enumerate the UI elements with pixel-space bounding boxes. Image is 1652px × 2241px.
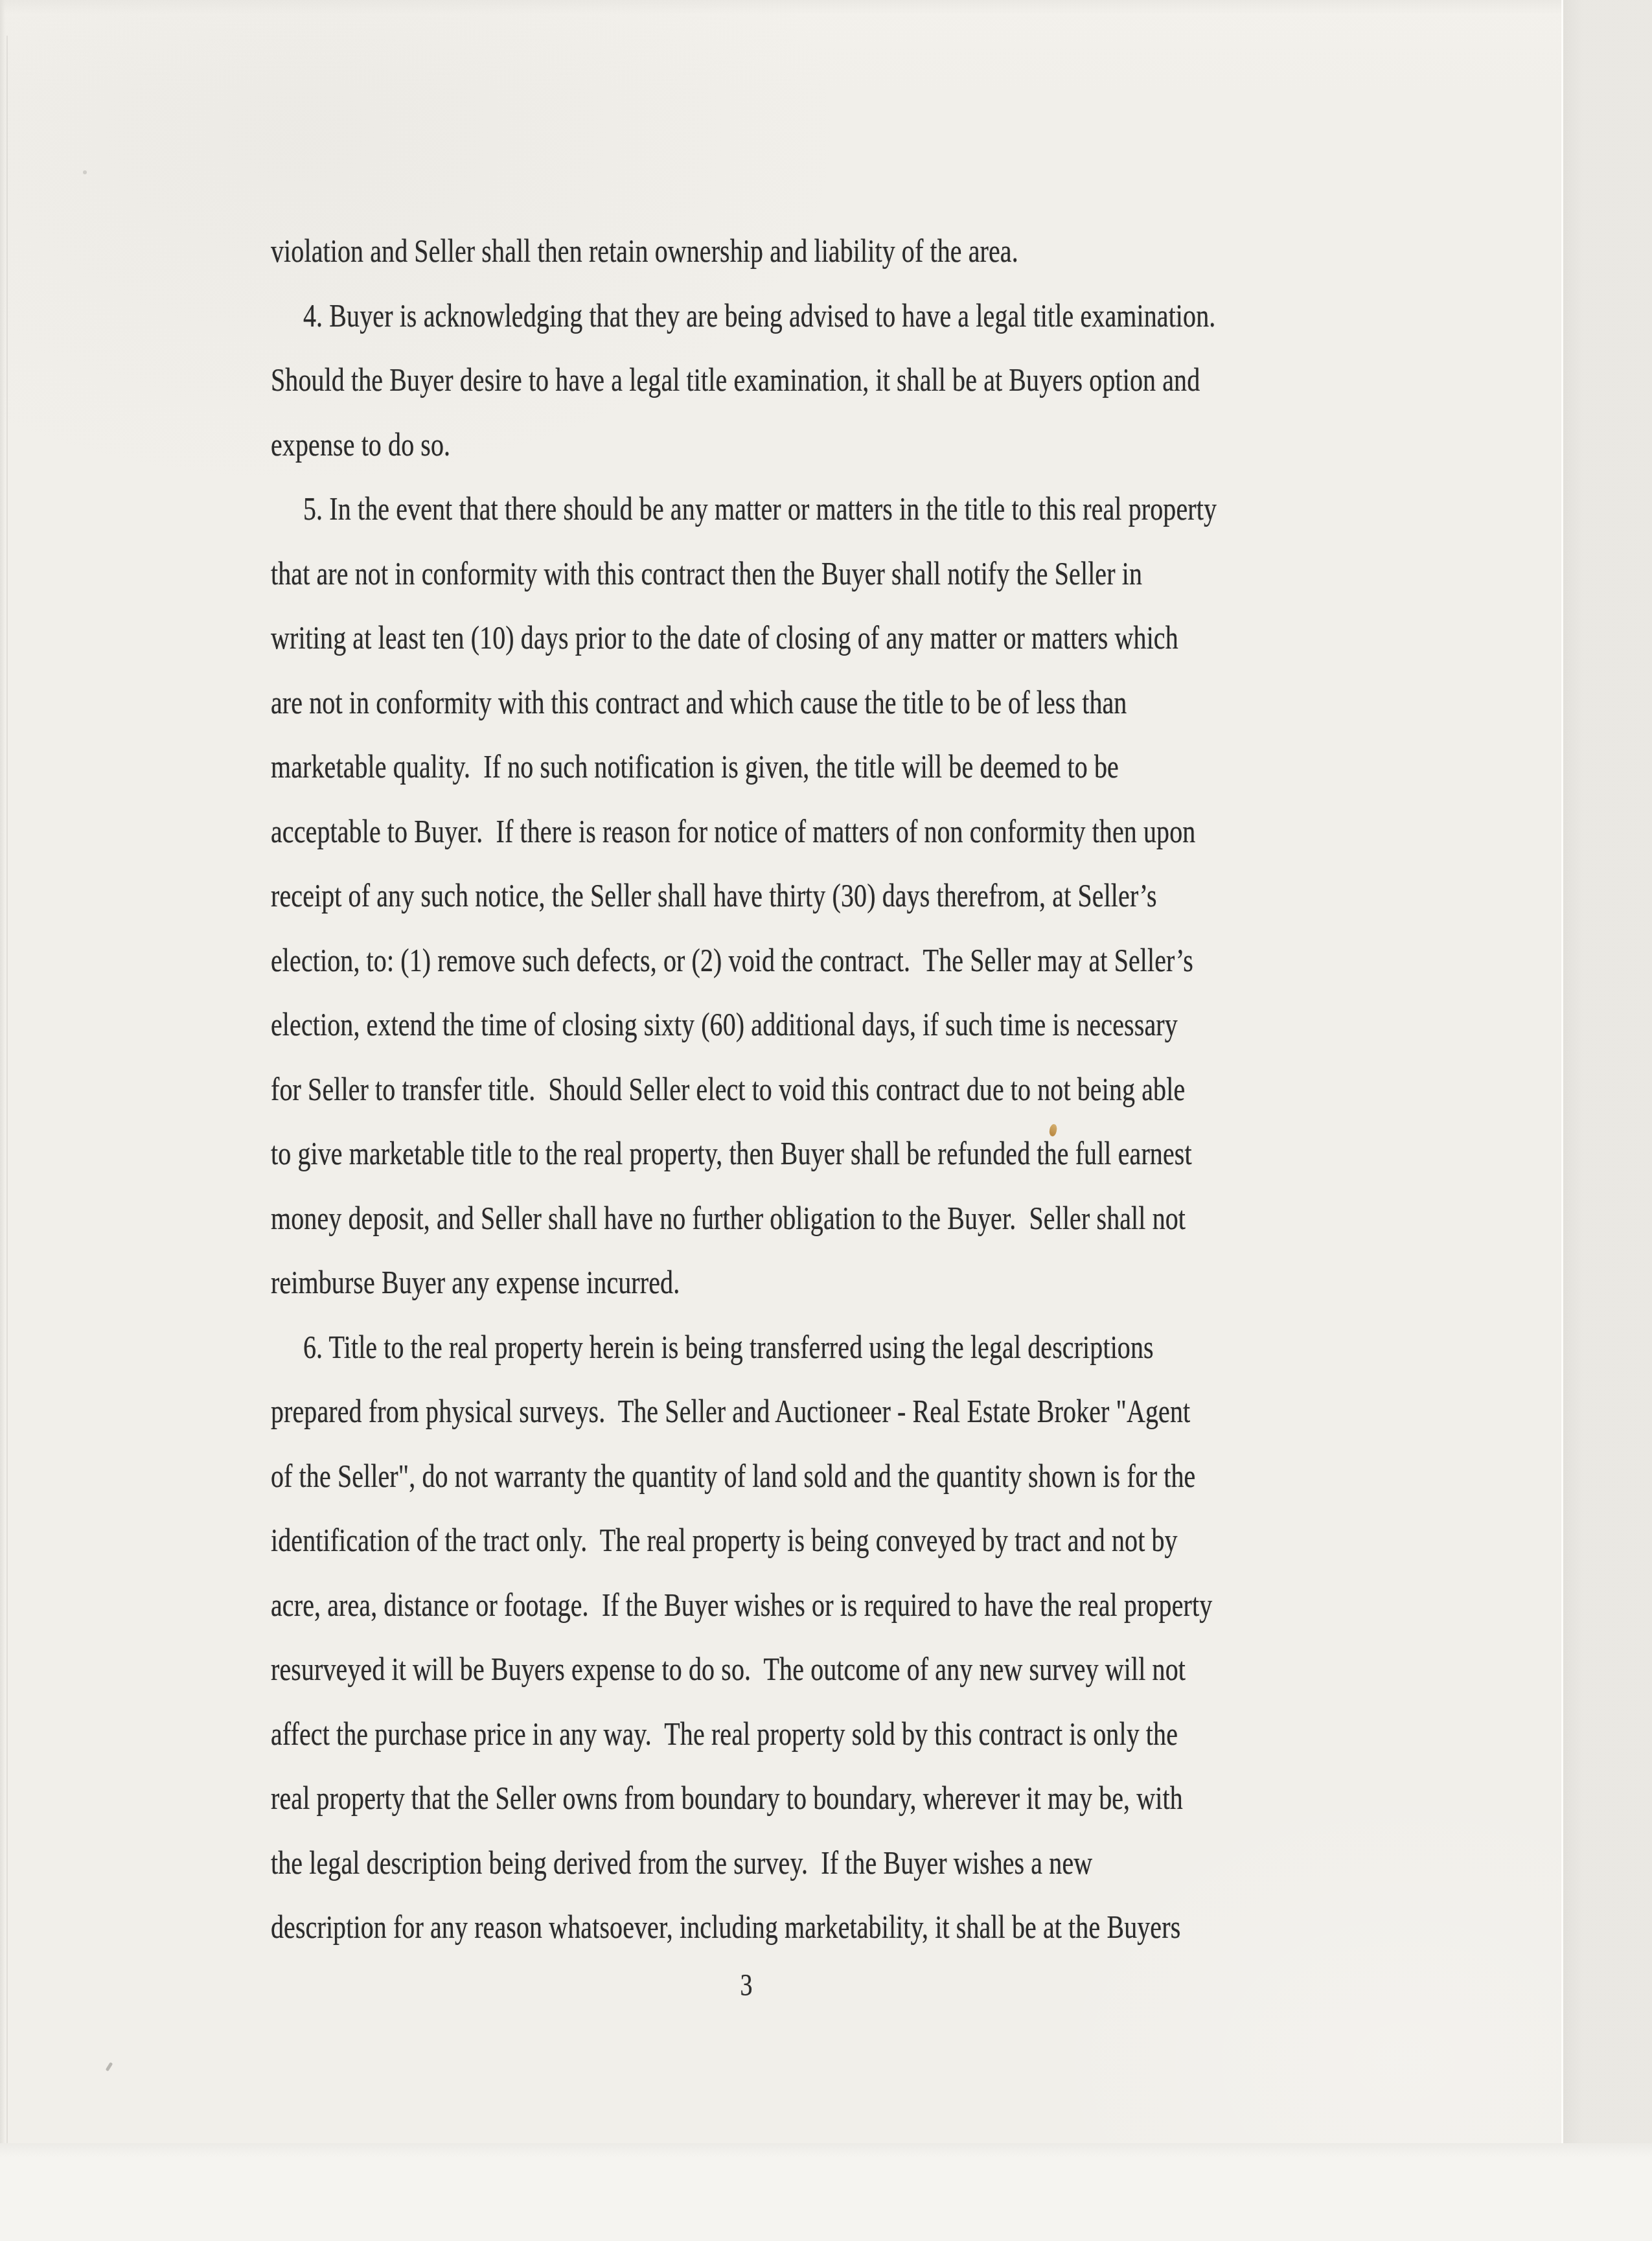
scan-edge-left: [0, 0, 5, 2241]
scan-streak-left: [6, 36, 8, 2241]
document-line: description for any reason whatsoever, i…: [271, 1887, 1430, 1968]
document-line-text: marketable quality. If no such notificat…: [271, 748, 1119, 785]
document-line-text: election, extend the time of closing six…: [271, 1006, 1178, 1042]
document-line-text: affect the purchase price in any way. Th…: [271, 1716, 1178, 1752]
document-line-text: for Seller to transfer title. Should Sel…: [271, 1071, 1185, 1107]
document-line-text: writing at least ten (10) days prior to …: [271, 619, 1178, 656]
scan-speck-gray: [106, 2062, 113, 2072]
document-line-text: receipt of any such notice, the Seller s…: [271, 877, 1157, 914]
document-line-text: prepared from physical surveys. The Sell…: [271, 1393, 1190, 1429]
document-line-text: election, to: (1) remove such defects, o…: [271, 942, 1193, 978]
document-line-text: reimburse Buyer any expense incurred.: [271, 1264, 680, 1300]
document-line-text: 6. Title to the real property herein is …: [303, 1329, 1154, 1365]
document-line-text: Should the Buyer desire to have a legal …: [271, 362, 1200, 398]
document-line-text: description for any reason whatsoever, i…: [271, 1909, 1180, 1945]
scan-edge-bottom: [0, 2143, 1652, 2241]
scan-edge-right: [1563, 0, 1652, 2241]
document-line-text: real property that the Seller owns from …: [271, 1780, 1183, 1816]
document-line-text: identification of the tract only. The re…: [271, 1522, 1178, 1558]
document-page: violation and Seller shall then retain o…: [0, 0, 1652, 2241]
document-line-text: resurveyed it will be Buyers expense to …: [271, 1651, 1186, 1687]
document-line-text: acceptable to Buyer. If there is reason …: [271, 813, 1195, 849]
document-line-text: violation and Seller shall then retain o…: [271, 233, 1018, 269]
document-line-text: expense to do so.: [271, 426, 450, 463]
document-line-text: of the Seller", do not warranty the quan…: [271, 1458, 1195, 1494]
document-line-text: 4. Buyer is acknowledging that they are …: [303, 297, 1215, 334]
page-number: 3: [726, 1962, 767, 2010]
document-line-text: the legal description being derived from…: [271, 1845, 1092, 1881]
scan-edge-top: [0, 0, 1652, 14]
document-line-text: are not in conformity with this contract…: [271, 684, 1127, 720]
document-line-text: that are not in conformity with this con…: [271, 555, 1142, 592]
document-line-text: money deposit, and Seller shall have no …: [271, 1200, 1186, 1236]
scan-speck-dot: [83, 170, 87, 174]
document-lines: violation and Seller shall then retain o…: [271, 219, 1430, 1960]
document-line-text: acre, area, distance or footage. If the …: [271, 1587, 1212, 1623]
document-line-text: 5. In the event that there should be any…: [303, 490, 1217, 527]
document-line-text: to give marketable title to the real pro…: [271, 1135, 1192, 1171]
